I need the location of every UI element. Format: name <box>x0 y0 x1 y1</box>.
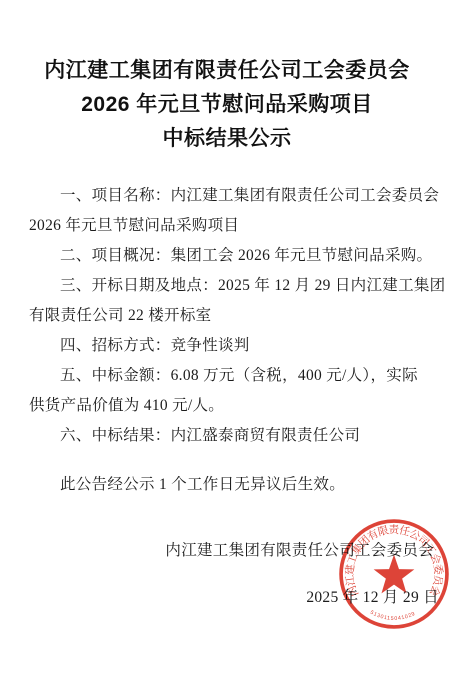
document-body: 一、项目名称：内江建工集团有限责任公司工会委员会 2026 年元旦节慰问品采购项… <box>29 181 439 613</box>
para-project-name-line-1: 一、项目名称：内江建工集团有限责任公司工会委员会 <box>29 181 439 211</box>
para-tender-method-line-1: 四、招标方式：竞争性谈判 <box>29 331 439 361</box>
signature: 内江建工集团有限责任公司工会委员会 <box>29 536 439 566</box>
effective-note: 此公告经公示 1 个工作日无异议后生效。 <box>29 470 439 500</box>
para-bid-opening-line-2: 有限责任公司 22 楼开标室 <box>29 301 439 331</box>
para-award-result-line-1: 六、中标结果：内江盛泰商贸有限责任公司 <box>29 421 439 451</box>
para-project-name: 一、项目名称：内江建工集团有限责任公司工会委员会 2026 年元旦节慰问品采购项… <box>29 181 439 241</box>
para-award-amount-line-1: 五、中标金额：6.08 万元（含税，400 元/人），实际 <box>29 361 439 391</box>
title-line-2: 2026 年元旦节慰问品采购项目 <box>0 88 454 122</box>
announcement-document: 内江建工集团有限责任公司工会委员会 2026 年元旦节慰问品采购项目 中标结果公… <box>0 0 454 690</box>
para-award-amount-line-2: 供货产品价值为 410 元/人。 <box>29 391 439 421</box>
para-project-overview-line-1: 二、项目概况：集团工会 2026 年元旦节慰问品采购。 <box>29 241 439 271</box>
para-project-name-line-2: 2026 年元旦节慰问品采购项目 <box>29 211 439 241</box>
para-award-amount: 五、中标金额：6.08 万元（含税，400 元/人），实际 供货产品价值为 41… <box>29 361 439 421</box>
para-project-overview: 二、项目概况：集团工会 2026 年元旦节慰问品采购。 <box>29 241 439 271</box>
para-bid-opening: 三、开标日期及地点：2025 年 12 月 29 日内江建工集团 有限责任公司 … <box>29 271 439 331</box>
document-title: 内江建工集团有限责任公司工会委员会 2026 年元旦节慰问品采购项目 中标结果公… <box>0 0 454 156</box>
date: 2025 年 12 月 29 日 <box>29 583 439 613</box>
para-bid-opening-line-1: 三、开标日期及地点：2025 年 12 月 29 日内江建工集团 <box>29 271 439 301</box>
para-award-result: 六、中标结果：内江盛泰商贸有限责任公司 <box>29 421 439 451</box>
title-line-3: 中标结果公示 <box>0 122 454 156</box>
para-tender-method: 四、招标方式：竞争性谈判 <box>29 331 439 361</box>
title-line-1: 内江建工集团有限责任公司工会委员会 <box>0 54 454 88</box>
